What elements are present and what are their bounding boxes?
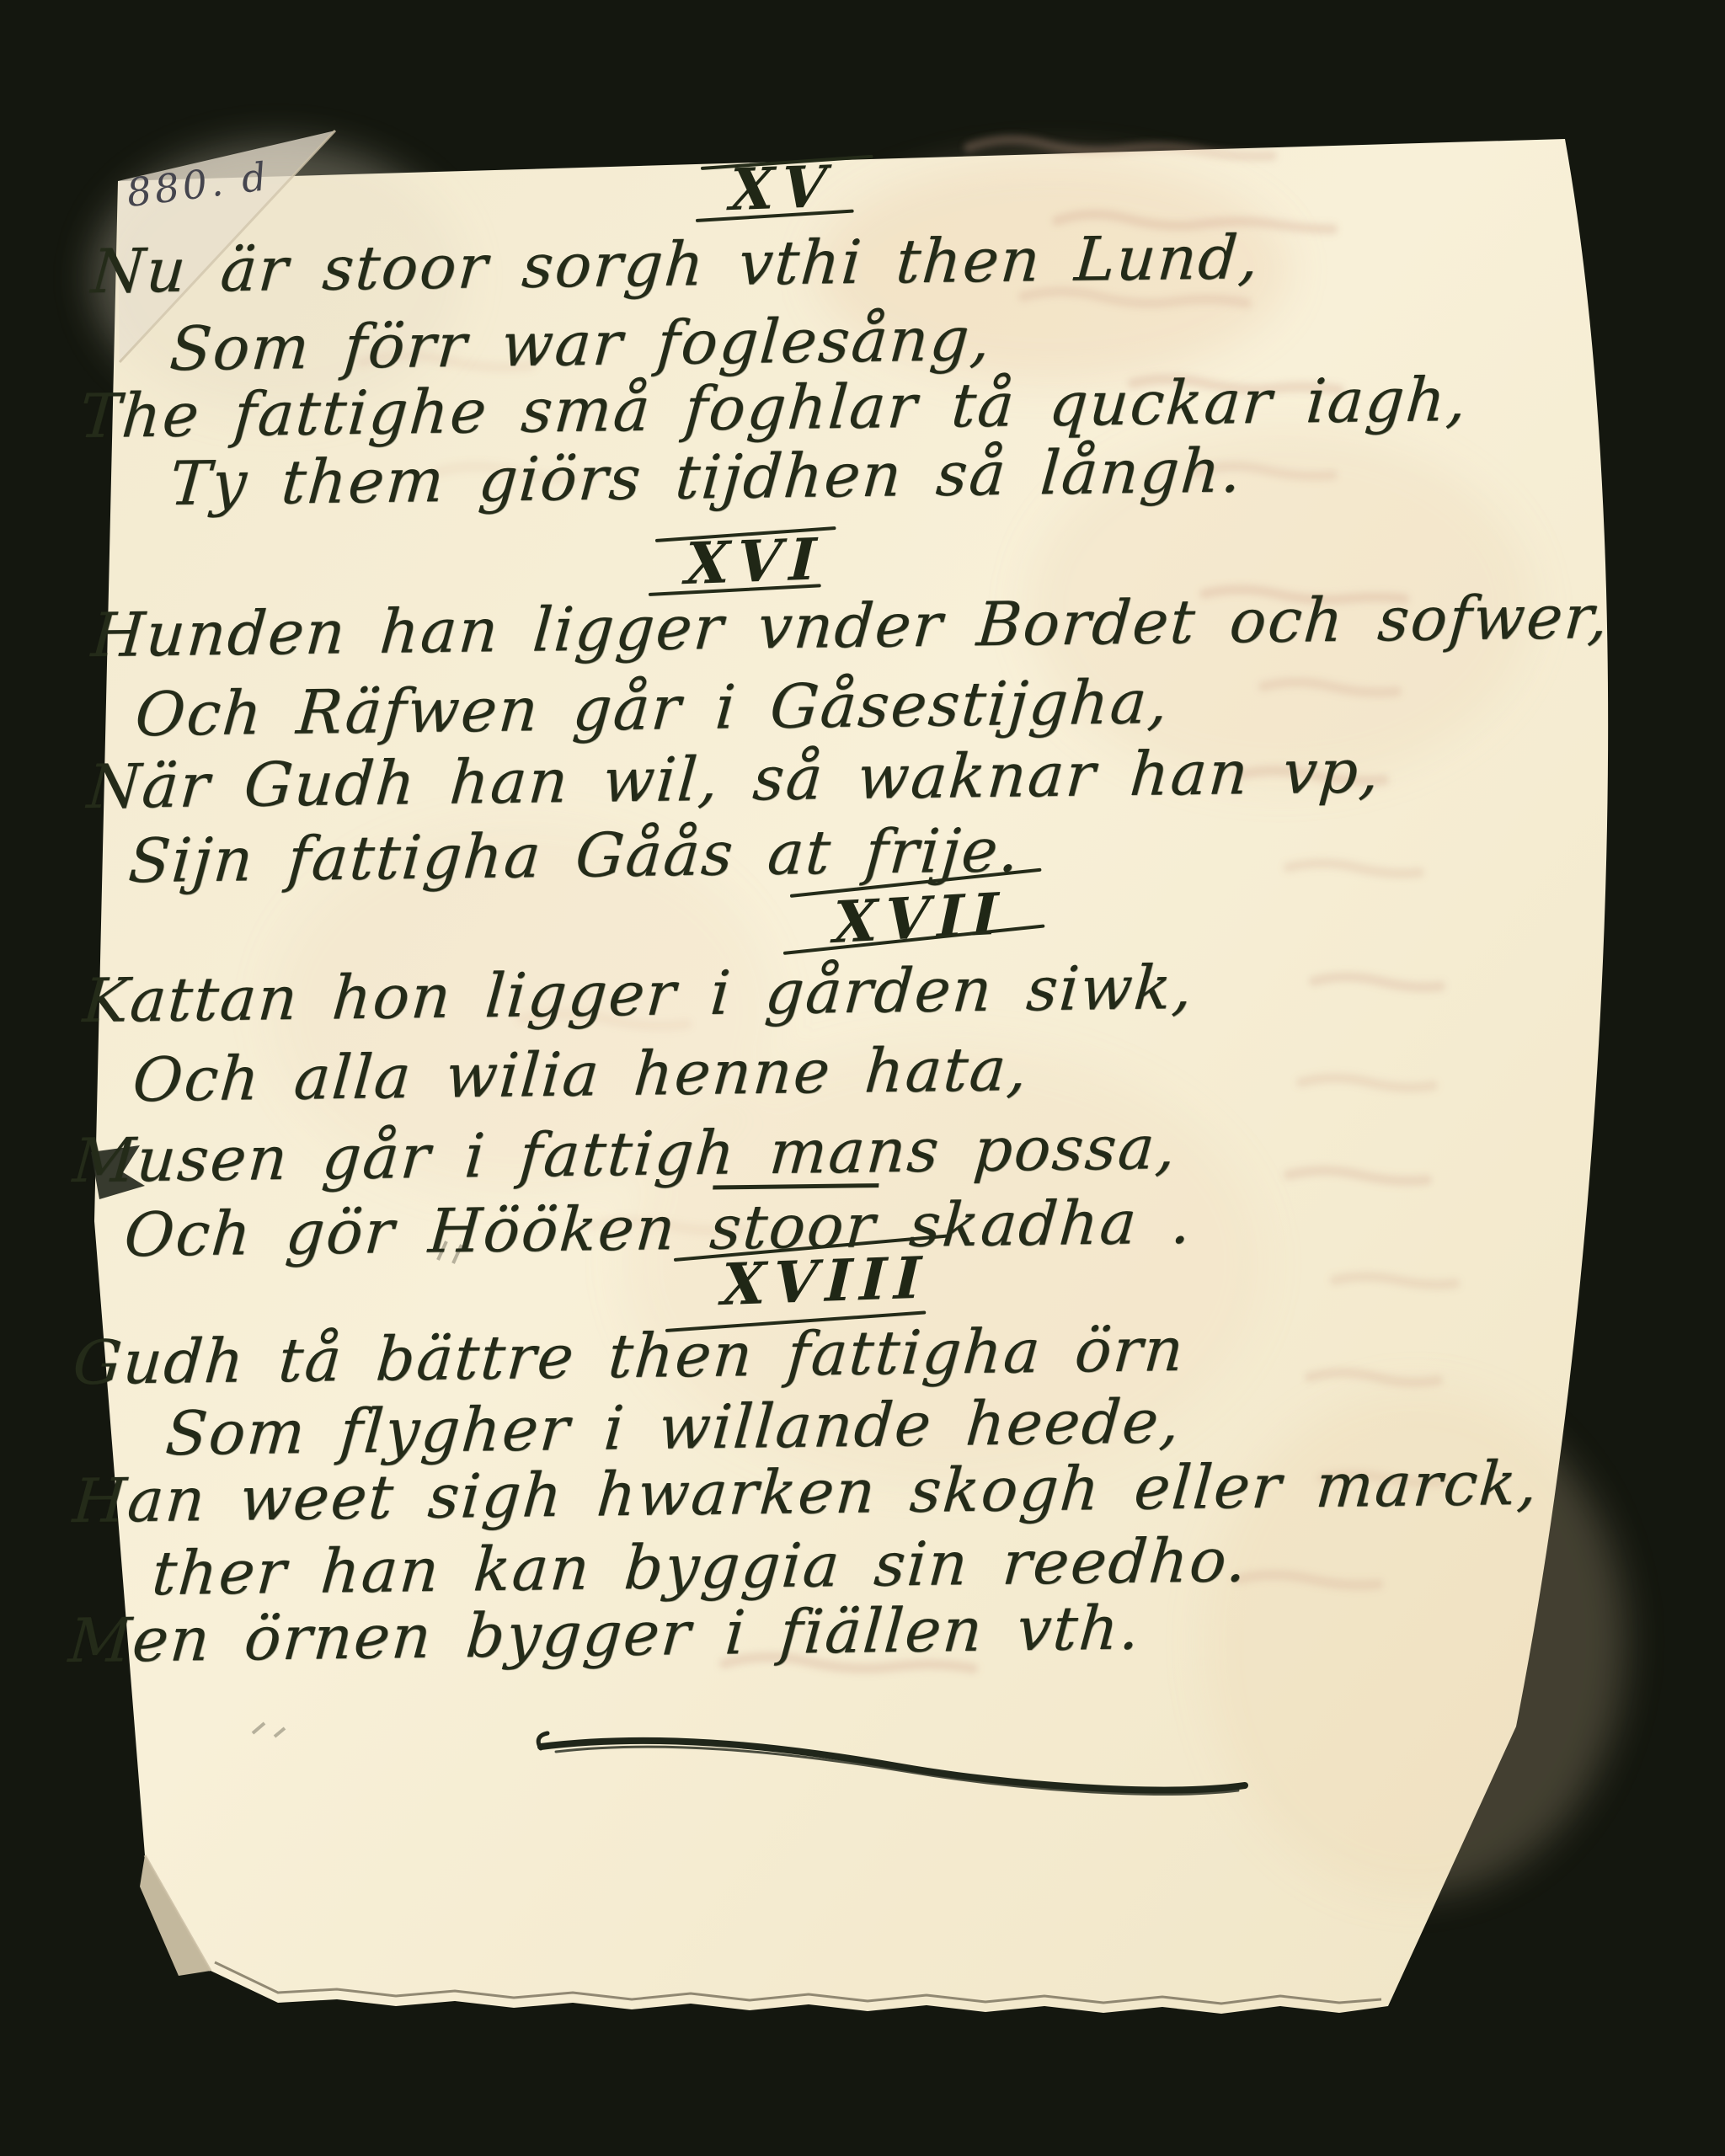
verse-line: Och alla wilia henne hata,: [131, 1033, 1031, 1115]
verse-line: Och gör Hööken stoor skadha .: [122, 1187, 1195, 1271]
verse-line: Men örnen bygger i fiällen vth.: [67, 1592, 1144, 1676]
verse-line: Gudh tå bättre then fattigha örn: [71, 1314, 1188, 1398]
verse-line: Musen går i fattigh mans possa,: [71, 1112, 1180, 1196]
archive-number: 880. d: [124, 153, 272, 216]
verse-line-segment: Och gör Hööken: [122, 1193, 713, 1271]
verse-line: Kattan hon ligger i gården siwk,: [81, 952, 1197, 1036]
verse-line: Och Räfwen går i Gåsestijgha,: [133, 666, 1172, 750]
verse-line: Ty them giörs tijdhen så långh.: [168, 435, 1246, 519]
verse-line: Nu är stoor sorgh vthi then Lund,: [89, 221, 1263, 307]
handwriting-layer: 880. d XV Nu är stoor sorgh vthi then Lu…: [0, 0, 1725, 2156]
manuscript-photo: 880. d XV Nu är stoor sorgh vthi then Lu…: [0, 0, 1725, 2156]
stanza-heading-xviii: XVIII: [720, 1244, 930, 1319]
verse-line: När Gudh han wil, så waknar han vp,: [85, 735, 1383, 822]
verse-line: Hunden han ligger vnder Bordet och sofwe…: [89, 581, 1612, 670]
